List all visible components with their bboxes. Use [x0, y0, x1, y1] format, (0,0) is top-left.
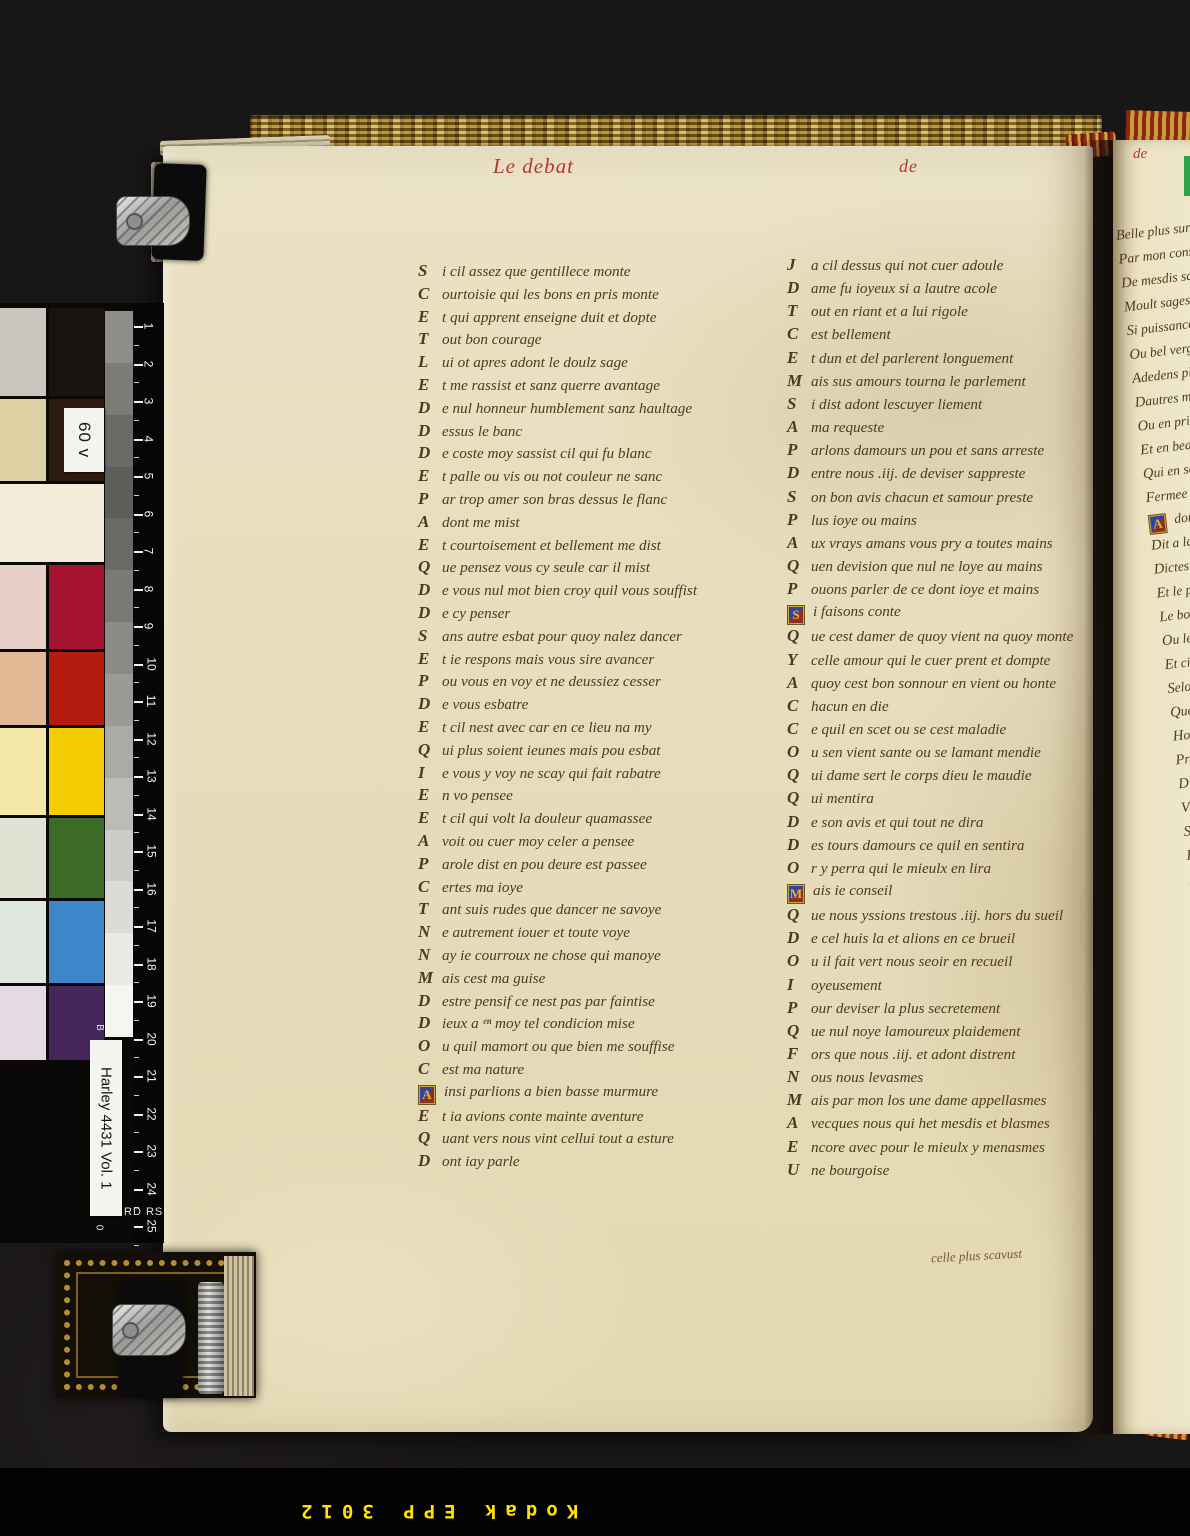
illuminated-initial: S — [787, 605, 805, 625]
verse-initial: D — [787, 462, 811, 484]
gray-step — [105, 933, 133, 985]
verse-text: ui mentira — [811, 790, 874, 807]
verse-line: De cy penser — [418, 602, 697, 625]
verse-initial: S — [787, 393, 811, 415]
verse-initial: E — [418, 534, 442, 556]
side-letter-top: B — [94, 1024, 105, 1031]
verse-initial: E — [418, 306, 442, 328]
facing-page-61r-edge: de Belle plus sur toPar mon conseilDe me… — [1113, 140, 1190, 1434]
verse-line: De son avis et qui tout ne dira — [787, 811, 1073, 834]
color-patch — [0, 986, 46, 1060]
ruler-half-tick — [134, 907, 139, 908]
verse-text: out en riant et a lui rigole — [811, 303, 968, 320]
verse-text: est bellement — [811, 326, 891, 343]
verse-text: ais sus amours tourna le parlement — [811, 373, 1026, 390]
verse-line: Qui dame sert le corps dieu le maudie — [787, 764, 1073, 787]
verse-line: Certes ma ioye — [418, 876, 697, 899]
ruler-half-tick — [134, 757, 139, 758]
facing-fore-edge-top — [1126, 110, 1190, 143]
verse-initial: A — [418, 830, 442, 852]
verse-initial: E — [418, 374, 442, 396]
verse-text: t cil nest avec car en ce lieu na my — [442, 719, 652, 736]
patch-row — [0, 818, 104, 898]
verse-initial: P — [418, 670, 442, 692]
ruler-number: 10 — [145, 657, 159, 670]
ruler-number: 21 — [145, 1069, 159, 1082]
ruler-number: 8 — [141, 585, 155, 592]
verse-text: elle plus sur to — [1124, 218, 1190, 242]
color-patch — [0, 399, 46, 481]
verse-line: Et palle ou vis ou not couleur ne sanc — [418, 465, 697, 488]
verse-text: on bon avis chacun et samour preste — [811, 489, 1033, 506]
film-edge-text: Kodak EPP 3012 — [292, 1500, 578, 1522]
ruler-half-tick — [134, 532, 139, 533]
verse-line: Or y perra qui le mieulx en lira — [787, 857, 1073, 880]
film-edge-band: Kodak EPP 3012 — [0, 1468, 1190, 1536]
verse-line: Cest bellement — [787, 323, 1073, 346]
verse-text: ors que nous .iij. et adont distrent — [811, 1046, 1015, 1063]
ruler-half-tick — [134, 645, 139, 646]
verse-text: ue cest damer de quoy vient na quoy mont… — [811, 628, 1073, 645]
text-column-1: Si cil assez que gentillece monteCourtoi… — [418, 260, 697, 1173]
verse-text: e cy penser — [442, 605, 510, 622]
patch-row — [0, 308, 104, 396]
ruler-number: 20 — [145, 1032, 159, 1045]
verse-initial: F — [787, 1043, 811, 1065]
color-patch — [0, 652, 46, 725]
verse-text: e autrement iouer et toute voye — [442, 924, 630, 941]
verse-initial: D — [418, 420, 442, 442]
verse-line: Aux vrays amans vous pry a toutes mains — [787, 532, 1073, 555]
verse-text: ui plus soient ieunes mais pou esbat — [442, 742, 661, 759]
verse-initial: P — [418, 488, 442, 510]
ruler-tick — [134, 776, 143, 778]
verse-text: t palle ou vis ou not couleur ne sanc — [442, 468, 662, 485]
verse-initial: P — [787, 578, 811, 600]
verse-text: arole dist en pou deure est passee — [442, 856, 647, 873]
verse-initial: C — [787, 718, 811, 740]
verse-text: u sen vient sante ou se lamant mendie — [811, 744, 1041, 761]
ruler-tick — [134, 889, 143, 891]
gray-step — [105, 467, 133, 519]
verse-text: ont iay parle — [442, 1153, 520, 1170]
verse-line: Aquoy cest bon sonnour en vient ou honte — [787, 672, 1073, 695]
verse-text: ant suis rudes que dancer ne savoye — [442, 901, 661, 918]
verse-line: De nul honneur humblement sanz haultage — [418, 397, 697, 420]
verse-initial: O — [787, 857, 811, 879]
verse-text: es tours damours ce quil en sentira — [811, 837, 1024, 854]
verse-text: t dun et del parlerent longuement — [811, 350, 1013, 367]
verse-text: ui ot apres adont le doulz sage — [442, 354, 628, 371]
verse-line: Ou quil mamort ou que bien me souffise — [418, 1035, 697, 1058]
verse-text: vecques nous qui het mesdis et blasmes — [811, 1115, 1050, 1132]
verse-initial: D — [418, 1012, 442, 1034]
verse-line: Que cest damer de quoy vient na quoy mon… — [787, 625, 1073, 648]
patch-row — [0, 986, 104, 1060]
facing-running-header: de — [1133, 146, 1147, 163]
gray-step — [105, 518, 133, 570]
verse-text: estre pensif ce nest pas par faintise — [442, 993, 655, 1010]
verse-initial: M — [418, 967, 442, 989]
ruler-half-tick — [134, 495, 139, 496]
verse-initial: A — [787, 416, 811, 438]
verse-line: Quant vers nous vint cellui tout a estur… — [418, 1127, 697, 1150]
ruler-half-tick — [134, 795, 139, 796]
ruler-number: 23 — [145, 1144, 159, 1157]
verse-initial: E — [418, 716, 442, 738]
verse-text: e vous nul mot bien croy quil vous souff… — [442, 582, 697, 599]
verse-line: Que nous yssions trestous .iij. hors du … — [787, 904, 1073, 927]
gray-step — [105, 881, 133, 933]
gray-step — [105, 415, 133, 467]
verse-line: Ou il fait vert nous seoir en recueil — [787, 950, 1073, 973]
verse-text: ne bourgoise — [811, 1162, 889, 1179]
ruler-half-tick — [134, 1020, 139, 1021]
verse-text: ar trop amer son bras dessus le flanc — [442, 491, 667, 508]
verse-text: e nul honneur humblement sanz haultage — [442, 400, 692, 417]
verse-line: Si faisons conte — [787, 601, 1073, 625]
verse-line: Et cil qui volt la douleur quamassee — [418, 807, 697, 830]
ruler-tick — [134, 1001, 143, 1003]
verse-initial: D — [787, 927, 811, 949]
metal-clip-bottom — [112, 1304, 186, 1356]
ruler-number: 2 — [141, 360, 155, 367]
ruler-half-tick — [134, 382, 139, 383]
patch-row — [0, 901, 104, 983]
verse-text: t ia avions conte mainte aventure — [442, 1108, 643, 1125]
verse-initial: Q — [418, 739, 442, 761]
verse-line: Une bourgoise — [787, 1159, 1073, 1182]
verse-initial: Q — [418, 556, 442, 578]
verse-text: oyeusement — [811, 977, 882, 994]
verse-text: ma requeste — [811, 419, 884, 436]
verse-text: essus le banc — [442, 423, 522, 440]
verse-line: Avoit ou cuer moy celer a pensee — [418, 830, 697, 853]
ruler-number: 17 — [145, 919, 159, 932]
ruler-tick — [134, 814, 143, 816]
verse-initial: E — [1186, 847, 1190, 864]
ruler-number: 6 — [141, 510, 155, 517]
verse-line: Mais ie conseil — [787, 880, 1073, 904]
ruler-half-tick — [134, 1170, 139, 1171]
manuscript-page-60v: Le debat de Si cil assez que gentillece … — [163, 146, 1093, 1432]
verse-text: t ie respons mais vous sire avancer — [442, 651, 654, 668]
verse-initial: J — [787, 254, 811, 276]
verse-initial: C — [418, 1058, 442, 1080]
verse-initial: Q — [787, 1020, 811, 1042]
verse-line: Dieux a ᵉⁿ moy tel condicion mise — [418, 1012, 697, 1035]
shelfmark-label: Harley 4431 Vol. 1 — [90, 1040, 122, 1216]
verse-initial: E — [787, 1136, 811, 1158]
verse-initial: E — [418, 807, 442, 829]
verse-initial: A — [787, 532, 811, 554]
verse-line: Si dist adont lescuyer liement — [787, 393, 1073, 416]
verse-initial: S — [787, 486, 811, 508]
ruler-number: 22 — [145, 1107, 159, 1120]
text-column-2: Ja cil dessus qui not cuer adouleDame fu… — [787, 254, 1073, 1182]
verse-line: Plus ioye ou mains — [787, 509, 1073, 532]
verse-text: i faisons conte — [813, 603, 901, 620]
verse-initial: L — [418, 351, 442, 373]
gray-step — [105, 622, 133, 674]
verse-initial: E — [787, 347, 811, 369]
ruler-half-tick — [134, 982, 139, 983]
verse-text: e quil en scet ou se cest maladie — [811, 721, 1006, 738]
ruler-strip: 1234567891011121314151617181920212223242… — [134, 303, 164, 1243]
verse-line: Son bon avis chacun et samour preste — [787, 486, 1073, 509]
verse-initial: D — [418, 693, 442, 715]
verse-initial: Y — [787, 649, 811, 671]
ruler-number: 18 — [145, 957, 159, 970]
ruler-tick — [134, 926, 143, 928]
verse-line: Parlons damours un pou et sans arreste — [787, 439, 1073, 462]
verse-line: Quen devision que nul ne loye au mains — [787, 555, 1073, 578]
verse-line: Fors que nous .iij. et adont distrent — [787, 1043, 1073, 1066]
verse-initial: T — [418, 898, 442, 920]
verse-initial: O — [787, 950, 811, 972]
verse-initial: D — [787, 811, 811, 833]
verse-initial: D — [418, 579, 442, 601]
color-patch — [49, 728, 104, 815]
verse-line: Courtoisie qui les bons en pris monte — [418, 283, 697, 306]
ruler-number: 12 — [145, 732, 159, 745]
verse-text: celle amour qui le cuer prent et dompte — [811, 652, 1050, 669]
verse-text: insi parlions a bien basse murmure — [444, 1083, 658, 1100]
verse-initial: T — [787, 300, 811, 322]
ruler-tick — [134, 1076, 143, 1078]
ruler-number: 19 — [145, 994, 159, 1007]
verse-text: t qui apprent enseigne duit et dopte — [442, 309, 657, 326]
verse-line: Ainsi parlions a bien basse murmure — [418, 1081, 697, 1105]
verse-initial: I — [418, 762, 442, 784]
ruler-half-tick — [134, 1095, 139, 1096]
verse-text: e vous esbatre — [442, 696, 528, 713]
grayscale-strip — [105, 311, 133, 1037]
ruler-half-tick — [134, 1132, 139, 1133]
verse-initial: D — [418, 442, 442, 464]
ruler-number: 15 — [145, 844, 159, 857]
verse-text: ais par mon los une dame appellasmes — [811, 1092, 1046, 1109]
verse-initial: P — [787, 439, 811, 461]
verse-initial: T — [418, 328, 442, 350]
illuminated-initial: M — [787, 884, 805, 904]
verse-initial: Q — [787, 904, 811, 926]
patch-row — [0, 728, 104, 815]
verse-line: Nous nous levasmes — [787, 1066, 1073, 1089]
verse-text: lus ioye ou mains — [811, 512, 917, 529]
verse-initial: C — [418, 283, 442, 305]
verse-line: En vo pensee — [418, 784, 697, 807]
verse-text: t cil qui volt la douleur quamassee — [442, 810, 652, 827]
verse-text: e cel huis la et alions en ce brueil — [811, 930, 1015, 947]
verse-text: arlons damours un pou et sans arreste — [811, 442, 1044, 459]
verse-initial: C — [418, 876, 442, 898]
verse-line: Et qui apprent enseigne duit et dopte — [418, 306, 697, 329]
verse-text: a cil dessus qui not cuer adoule — [811, 257, 1003, 274]
color-patch — [0, 308, 46, 396]
ruler-number: 7 — [141, 548, 155, 555]
verse-text: quoy cest bon sonnour en vient ou honte — [811, 675, 1056, 692]
ruler-half-tick — [134, 420, 139, 421]
ruler-half-tick — [134, 607, 139, 608]
facing-text-fragments: Belle plus sur toPar mon conseilDe mesdi… — [1115, 216, 1190, 1158]
verse-initial: E — [418, 648, 442, 670]
gray-step — [105, 570, 133, 622]
verse-line: Que nul noye lamoureux plaidement — [787, 1020, 1073, 1043]
color-patch — [49, 818, 104, 898]
verse-initial: A — [418, 511, 442, 533]
verse-text: ame fu ioyeux si a lautre acole — [811, 280, 997, 297]
verse-line: Sans autre esbat pour quoy nalez dancer — [418, 625, 697, 648]
verse-text: uant vers nous vint cellui tout a esture — [442, 1130, 674, 1147]
verse-initial: N — [787, 1066, 811, 1088]
verse-initial: D — [787, 834, 811, 856]
verse-initial: M — [787, 1089, 811, 1111]
gray-step — [105, 674, 133, 726]
verse-text: e coste moy sassist cil qui fu blanc — [442, 445, 652, 462]
ruler-tick — [134, 701, 143, 703]
ruler-number: 16 — [145, 882, 159, 895]
ruler-half-tick — [134, 345, 139, 346]
verse-initial: D — [418, 990, 442, 1012]
verse-initial: C — [787, 695, 811, 717]
verse-line: Ama requeste — [787, 416, 1073, 439]
verse-text: ans autre esbat pour quoy nalez dancer — [442, 628, 682, 645]
gray-step — [105, 985, 133, 1037]
ruler-tick — [134, 1226, 143, 1228]
verse-line: Ja cil dessus qui not cuer adoule — [787, 254, 1073, 277]
verse-line: Et ie respons mais vous sire avancer — [418, 648, 697, 671]
photo-of-manuscript: Le debat de Si cil assez que gentillece … — [0, 0, 1190, 1536]
verse-line: Chacun en die — [787, 695, 1073, 718]
folio-number-label: 60 v — [64, 408, 104, 472]
ruler-half-tick — [134, 945, 139, 946]
verse-text: i dist adont lescuyer liement — [811, 396, 982, 413]
verse-text: out bon courage — [442, 331, 542, 348]
verse-initial: Q — [787, 764, 811, 786]
ruler-tick — [134, 1114, 143, 1116]
verse-text: ais cest ma guise — [442, 970, 545, 987]
verse-initial: C — [787, 323, 811, 345]
verse-line: Qui plus soient ieunes mais pou esbat — [418, 739, 697, 762]
ruler-half-tick — [134, 682, 139, 683]
verse-text: est ma nature — [442, 1061, 524, 1078]
verse-line: Nay ie courroux ne chose qui manoye — [418, 944, 697, 967]
verse-text: our deviser la plus secretement — [811, 1000, 1000, 1017]
verse-line: Adont me mist — [418, 511, 697, 534]
verse-text: ue nul noye lamoureux plaidement — [811, 1023, 1020, 1040]
verse-text: ais ie conseil — [813, 882, 892, 899]
color-patch — [0, 818, 46, 898]
verse-text: ay ie courroux ne chose qui manoye — [442, 947, 661, 964]
color-patch — [49, 652, 104, 725]
verse-line: Tant suis rudes que dancer ne savoye — [418, 898, 697, 921]
verse-text: u quil mamort ou que bien me souffise — [442, 1038, 674, 1055]
color-patch — [49, 308, 104, 396]
verse-line: Ne autrement iouer et toute voye — [418, 921, 697, 944]
verse-line: Et ia avions conte mainte aventure — [418, 1105, 697, 1128]
ruler-half-tick — [134, 832, 139, 833]
verse-line: Lui ot apres adont le doulz sage — [418, 351, 697, 374]
verse-initial: P — [418, 853, 442, 875]
ruler-tick — [134, 964, 143, 966]
verse-text: r y perra qui le mieulx en lira — [811, 860, 991, 877]
verse-line: Pou vous en voy et ne deussiez cesser — [418, 670, 697, 693]
verse-line: Tout en riant et a lui rigole — [787, 300, 1073, 323]
verse-line: Avecques nous qui het mesdis et blasmes — [787, 1112, 1073, 1135]
metal-clip-top — [116, 196, 190, 246]
verse-initial: D — [418, 397, 442, 419]
verse-text: entre nous .iij. de deviser sappreste — [811, 465, 1025, 482]
verse-line: De vous nul mot bien croy quil vous souf… — [418, 579, 697, 602]
verse-initial: E — [418, 465, 442, 487]
verse-initial: Q — [787, 555, 811, 577]
ruler-number: 25 — [145, 1219, 159, 1232]
gray-step — [105, 363, 133, 415]
verse-text: hacun en die — [811, 698, 889, 715]
ruler-tick — [134, 851, 143, 853]
verse-text: ourtoisie qui les bons en pris monte — [442, 286, 659, 303]
verse-line: Pouons parler de ce dont ioye et mains — [787, 578, 1073, 601]
verse-initial: O — [418, 1035, 442, 1057]
verse-initial: S — [418, 625, 442, 647]
verse-line: Destre pensif ce nest pas par faintise — [418, 990, 697, 1013]
patch-row — [0, 652, 104, 725]
verse-initial: M — [787, 370, 811, 392]
verse-line: Si cil assez que gentillece monte — [418, 260, 697, 283]
side-letter-bottom: 0 — [93, 1225, 104, 1231]
verse-line: Et dun et del parlerent longuement — [787, 347, 1073, 370]
verse-line: Parole dist en pou deure est passee — [418, 853, 697, 876]
gilt-page-edge — [250, 115, 1102, 149]
verse-line: Cest ma nature — [418, 1058, 697, 1081]
illuminated-initial: A — [1148, 513, 1168, 535]
verse-initial: U — [787, 1159, 811, 1181]
verse-text: ous nous levasmes — [811, 1069, 923, 1086]
gray-step — [105, 778, 133, 830]
verse-text: ue pensez vous cy seule car il mist — [442, 559, 650, 576]
verse-line: Dessus le banc — [418, 420, 697, 443]
color-patch — [49, 901, 104, 983]
verse-line: Dont iay parle — [418, 1150, 697, 1173]
ruler-half-tick — [134, 1057, 139, 1058]
verse-text: ncore avec pour le mieulx y menasmes — [811, 1139, 1045, 1156]
verse-text: ertes ma ioye — [442, 879, 523, 896]
verse-text: e son avis et qui tout ne dira — [811, 814, 984, 831]
verse-initial: D — [787, 277, 811, 299]
verse-line: Et me rassist et sanz querre avantage — [418, 374, 697, 397]
ruler-number: 3 — [141, 398, 155, 405]
gray-step — [105, 726, 133, 778]
color-patch — [0, 484, 104, 562]
verse-initial: Q — [787, 787, 811, 809]
verse-text: voit ou cuer moy celer a pensee — [442, 833, 634, 850]
verse-initial: O — [787, 741, 811, 763]
verse-line: Mais sus amours tourna le parlement — [787, 370, 1073, 393]
ruler-number: 5 — [141, 473, 155, 480]
verse-text: ui dame sert le corps dieu le maudie — [811, 767, 1032, 784]
verse-line: Dentre nous .iij. de deviser sappreste — [787, 462, 1073, 485]
ruler-tick — [134, 664, 143, 666]
verse-line: Par trop amer son bras dessus le flanc — [418, 488, 697, 511]
verse-line: Pour deviser la plus secretement — [787, 997, 1073, 1020]
ruler-half-tick — [134, 1245, 139, 1246]
leaf-edges-bottom — [224, 1256, 254, 1396]
verse-text: uen devision que nul ne loye au mains — [811, 558, 1043, 575]
verse-line: Et cil nest avec car en ce lieu na my — [418, 716, 697, 739]
verse-line: Des tours damours ce quil en sentira — [787, 834, 1073, 857]
catchword: celle plus scavust — [931, 1246, 1023, 1267]
